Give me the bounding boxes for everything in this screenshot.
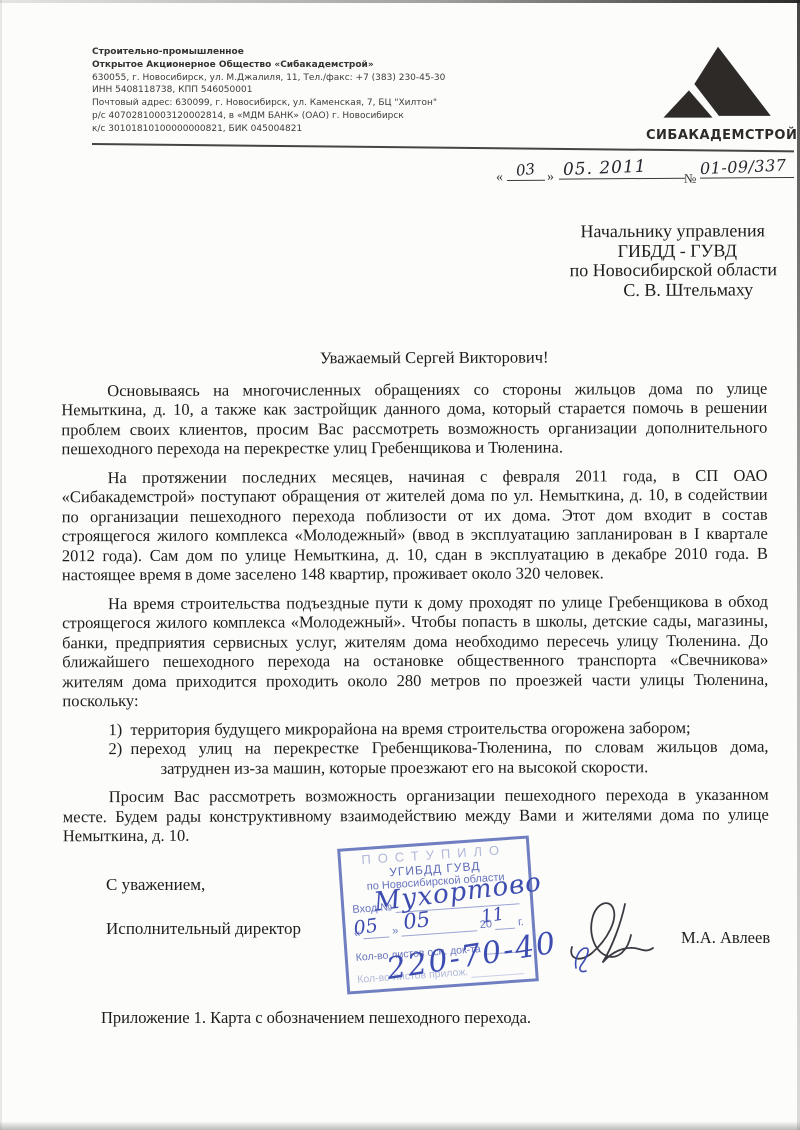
list-item-marker: 1) [108, 719, 130, 739]
stamp-year-suffix: г. [518, 916, 525, 928]
quote-open: « [496, 170, 503, 186]
stamp-handwritten-day: 05 [352, 914, 379, 939]
handwritten-day: 03 [515, 160, 536, 180]
date-month-year-field: 05. 2011 [559, 158, 685, 180]
stamp-handwritten-month: 05 [402, 907, 431, 934]
paragraph-2: На протяжении последних месяцев, начиная… [62, 465, 768, 584]
letterhead-line: Строительно-промышленное [92, 46, 562, 59]
letterhead-line: 630055, г. Новосибирск, ул. М.Джалиля, 1… [92, 72, 562, 85]
attachment-note: Приложение 1. Карта с обозначением пешех… [101, 1008, 531, 1028]
letter-body: Уважаемый Сергей Викторович! Основываясь… [61, 347, 769, 855]
doc-number-field: 01-09/337 [700, 157, 794, 179]
salutation: Уважаемый Сергей Викторович! [101, 347, 767, 369]
signer-job-title: Исполнительный директор [106, 919, 301, 939]
list-item: 2)переход улиц на перекрестке Гребенщико… [62, 737, 768, 778]
letterhead-line: Открытое Акционерное Общество «Сибакадем… [92, 59, 562, 72]
logo-text: СИБАКАДЕМСТРОЙ [646, 128, 790, 143]
scanned-letter-page: Строительно-промышленное Открытое Акцион… [0, 0, 800, 1130]
handwritten-month-year: 05. 2011 [563, 157, 647, 180]
list-item: 1)территория будущего микрорайона на вре… [62, 717, 768, 739]
list-item-text: переход улиц на перекрестке Гребенщикова… [130, 737, 768, 778]
date-day-field: 03 [507, 161, 545, 181]
paragraph-3: На время строительства подъездные пути к… [62, 591, 768, 710]
scan-edge-top [0, 0, 800, 3]
paragraph-4: Просим Вас рассмотреть возможность орган… [63, 785, 769, 846]
reasons-list: 1)территория будущего микрорайона на вре… [62, 717, 768, 778]
letterhead-line: Почтовый адрес: 630099, г. Новосибирск, … [92, 97, 562, 110]
list-item-text: территория будущего микрорайона на время… [130, 718, 690, 739]
paragraph-1: Основываясь на многочисленных обращениях… [61, 378, 767, 458]
addressee-block: Начальнику управления ГИБДД - ГУВД по Но… [477, 221, 777, 301]
closing-line: С уважением, [106, 875, 205, 895]
pen-squiggle-icon [572, 944, 598, 976]
scan-edge-left [0, 0, 2, 1130]
number-sign: № [684, 171, 697, 187]
date-and-number-line: « 03 » 05. 2011 № 01-09/337 [492, 157, 797, 195]
company-logo: СИБАКАДЕМСТРОЙ [646, 42, 790, 143]
addressee-line: Начальнику управления [477, 221, 777, 242]
quote-close: » [547, 170, 554, 186]
signer-name: М.А. Авлеев [681, 928, 770, 948]
letterhead: Строительно-промышленное Открытое Акцион… [92, 46, 562, 136]
letterhead-line: к/с 30101810100000000821, БИК 045004821 [92, 123, 562, 136]
letterhead-line: р/с 40702810003120002814, в «МДМ БАНК» (… [92, 110, 562, 123]
scan-edge-bottom [0, 1122, 800, 1130]
header-divider [92, 143, 794, 152]
list-item-marker: 2) [108, 739, 130, 759]
stamp-quote-close: » [392, 925, 399, 937]
letterhead-line: ИНН 5408118738, КПП 546050001 [92, 84, 562, 97]
pen-squiggle [572, 944, 598, 981]
logo-triangle-icon [658, 42, 778, 126]
handwritten-doc-number: 01-09/337 [700, 156, 787, 179]
addressee-line: С. В. Штельмаху [477, 280, 777, 301]
addressee-line: по Новосибирской области [477, 260, 777, 281]
stamp-handwritten-year: 11 [480, 904, 506, 928]
incoming-stamp: ПОСТУПИЛО УГИБДД ГУВД по Новосибирской о… [337, 835, 539, 994]
